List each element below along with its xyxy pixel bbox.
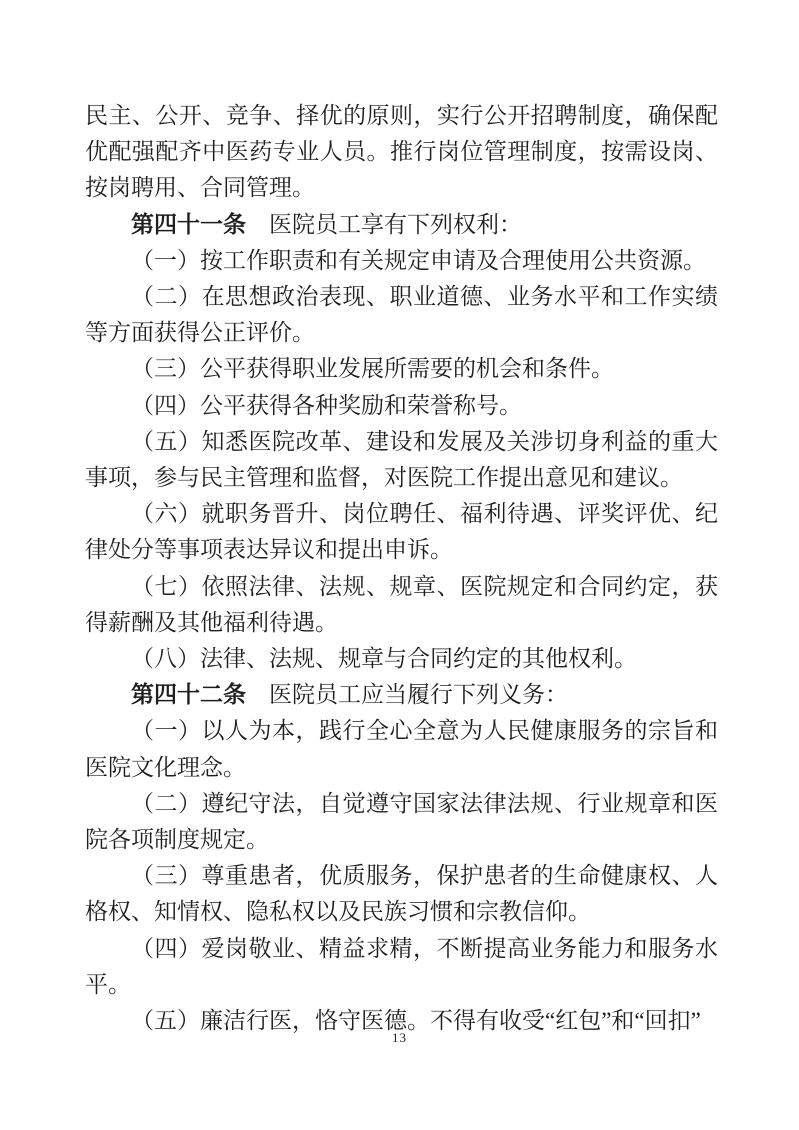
document-page: 民主、公开、竞争、择优的原则，实行公开招聘制度，确保配优配强配齐中医药专业人员。… [0,0,799,1130]
body-paragraph: （三）尊重患者，优质服务，保护患者的生命健康权、人格权、知情权、隐私权以及民族习… [85,858,718,930]
article-number: 第四十一条 [131,212,246,237]
body-paragraph: （二）在思想政治表现、职业道德、业务水平和工作实绩等方面获得公正评价。 [85,279,718,351]
page-number: 13 [0,1030,799,1046]
article-heading-paragraph: 第四十一条 医院员工享有下列权利： [85,207,718,243]
body-paragraph: （四）爱岗敬业、精益求精，不断提高业务能力和服务水平。 [85,931,718,1003]
document-body: 民主、公开、竞争、择优的原则，实行公开招聘制度，确保配优配强配齐中医药专业人员。… [85,98,718,1039]
article-number: 第四十二条 [131,682,246,707]
body-paragraph: （一）按工作职责和有关规定申请及合理使用公共资源。 [85,243,718,279]
body-paragraph: （八）法律、法规、规章与合同约定的其他权利。 [85,641,718,677]
article-heading-paragraph: 第四十二条 医院员工应当履行下列义务： [85,677,718,713]
body-paragraph: 民主、公开、竞争、择优的原则，实行公开招聘制度，确保配优配强配齐中医药专业人员。… [85,98,718,207]
body-paragraph: （一）以人为本，践行全心全意为人民健康服务的宗旨和医院文化理念。 [85,713,718,785]
body-paragraph: （四）公平获得各种奖励和荣誉称号。 [85,388,718,424]
body-paragraph: （二）遵纪守法，自觉遵守国家法律法规、行业规章和医院各项制度规定。 [85,786,718,858]
body-paragraph: （三）公平获得职业发展所需要的机会和条件。 [85,351,718,387]
body-paragraph: （六）就职务晋升、岗位聘任、福利待遇、评奖评优、纪律处分等事项表达异议和提出申诉… [85,496,718,568]
body-paragraph: （五）知悉医院改革、建设和发展及关涉切身利益的重大事项，参与民主管理和监督，对医… [85,424,718,496]
body-paragraph: （七）依照法律、法规、规章、医院规定和合同约定，获得薪酬及其他福利待遇。 [85,569,718,641]
